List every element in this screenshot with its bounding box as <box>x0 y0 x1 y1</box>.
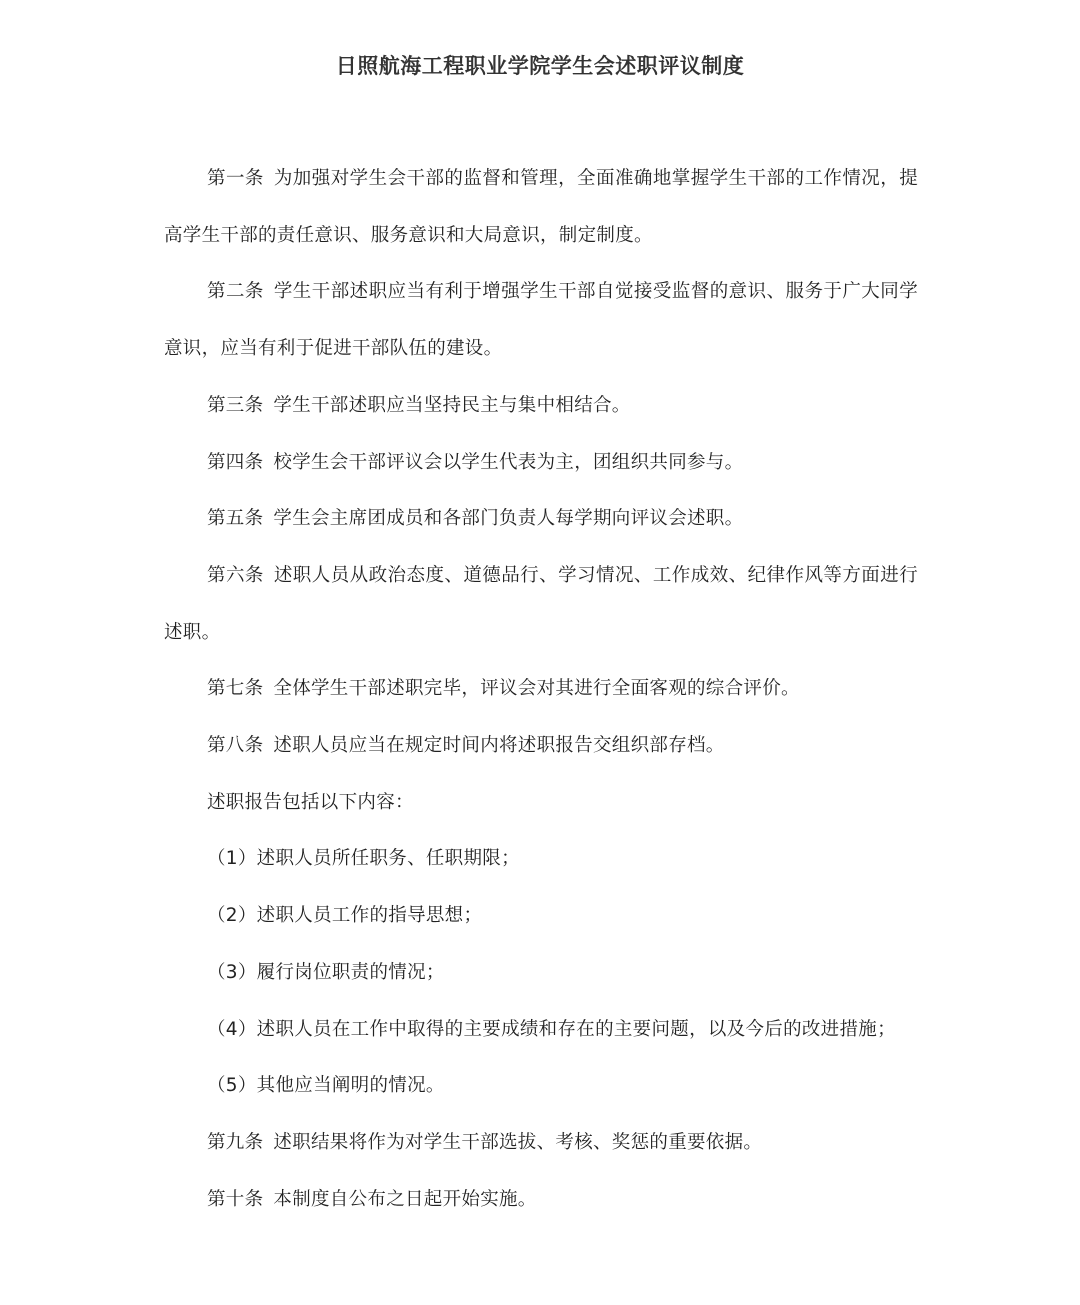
list-item-text: （4）述职人员在工作中取得的主要成绩和存在的主要问题，以及今后的改进措施； <box>207 1019 896 1040</box>
article-label: 第五条 <box>207 508 263 529</box>
report-item-3: （3）履行岗位职责的情况； <box>164 945 918 1002</box>
article-label: 第三条 <box>207 395 263 416</box>
article-2: 第二条学生干部述职应当有利于增强学生干部自觉接受监督的意识、服务于广大同学意识，… <box>164 264 918 377</box>
list-item-text: （3）履行岗位职责的情况； <box>207 962 445 983</box>
article-8: 第八条述职人员应当在规定时间内将述职报告交组织部存档。 <box>164 718 918 775</box>
article-6: 第六条述职人员从政治态度、道德品行、学习情况、工作成效、纪律作风等方面进行述职。 <box>164 548 918 661</box>
article-3: 第三条学生干部述职应当坚持民主与集中相结合。 <box>164 378 918 435</box>
article-9: 第九条述职结果将作为对学生干部选拔、考核、奖惩的重要依据。 <box>164 1115 918 1172</box>
article-label: 第十条 <box>207 1189 263 1210</box>
article-label: 第八条 <box>207 735 263 756</box>
report-item-2: （2）述职人员工作的指导思想； <box>164 888 918 945</box>
report-item-1: （1）述职人员所任职务、任职期限； <box>164 831 918 888</box>
article-text: 全体学生干部述职完毕，评议会对其进行全面客观的综合评价。 <box>273 678 799 699</box>
article-1: 第一条为加强对学生会干部的监督和管理，全面准确地掌握学生干部的工作情况，提高学生… <box>164 151 918 264</box>
article-label: 第七条 <box>207 678 263 699</box>
article-text: 本制度自公布之日起开始实施。 <box>273 1189 536 1210</box>
article-label: 第四条 <box>207 452 263 473</box>
article-text: 学生干部述职应当有利于增强学生干部自觉接受监督的意识、服务于广大同学意识，应当有… <box>164 281 918 359</box>
article-5: 第五条学生会主席团成员和各部门负责人每学期向评议会述职。 <box>164 491 918 548</box>
article-10: 第十条本制度自公布之日起开始实施。 <box>164 1172 918 1229</box>
article-label: 第二条 <box>207 281 264 302</box>
article-text: 述职人员应当在规定时间内将述职报告交组织部存档。 <box>273 735 724 756</box>
article-text: 校学生会干部评议会以学生代表为主，团组织共同参与。 <box>273 452 743 473</box>
article-label: 第九条 <box>207 1132 263 1153</box>
article-7: 第七条全体学生干部述职完毕，评议会对其进行全面客观的综合评价。 <box>164 661 918 718</box>
document-page: 日照航海工程职业学院学生会述职评议制度 第一条为加强对学生会干部的监督和管理，全… <box>0 0 1080 1305</box>
article-text: 述职结果将作为对学生干部选拔、考核、奖惩的重要依据。 <box>273 1132 762 1153</box>
list-item-text: （2）述职人员工作的指导思想； <box>207 905 482 926</box>
article-label: 第一条 <box>207 168 264 189</box>
list-item-text: （5）其他应当阐明的情况。 <box>207 1075 445 1096</box>
document-body: 第一条为加强对学生会干部的监督和管理，全面准确地掌握学生干部的工作情况，提高学生… <box>164 151 918 1228</box>
document-title: 日照航海工程职业学院学生会述职评议制度 <box>0 50 1080 82</box>
report-contents-intro: 述职报告包括以下内容： <box>164 775 918 832</box>
article-4: 第四条校学生会干部评议会以学生代表为主，团组织共同参与。 <box>164 435 918 492</box>
article-text: 为加强对学生会干部的监督和管理，全面准确地掌握学生干部的工作情况，提高学生干部的… <box>164 168 918 246</box>
article-text: 述职人员从政治态度、道德品行、学习情况、工作成效、纪律作风等方面进行述职。 <box>164 565 918 643</box>
paragraph-text: 述职报告包括以下内容： <box>207 792 414 813</box>
list-item-text: （1）述职人员所任职务、任职期限； <box>207 848 520 869</box>
report-item-5: （5）其他应当阐明的情况。 <box>164 1058 918 1115</box>
article-text: 学生会主席团成员和各部门负责人每学期向评议会述职。 <box>273 508 743 529</box>
article-text: 学生干部述职应当坚持民主与集中相结合。 <box>273 395 630 416</box>
report-item-4: （4）述职人员在工作中取得的主要成绩和存在的主要问题，以及今后的改进措施； <box>164 1002 918 1059</box>
article-label: 第六条 <box>207 565 264 586</box>
